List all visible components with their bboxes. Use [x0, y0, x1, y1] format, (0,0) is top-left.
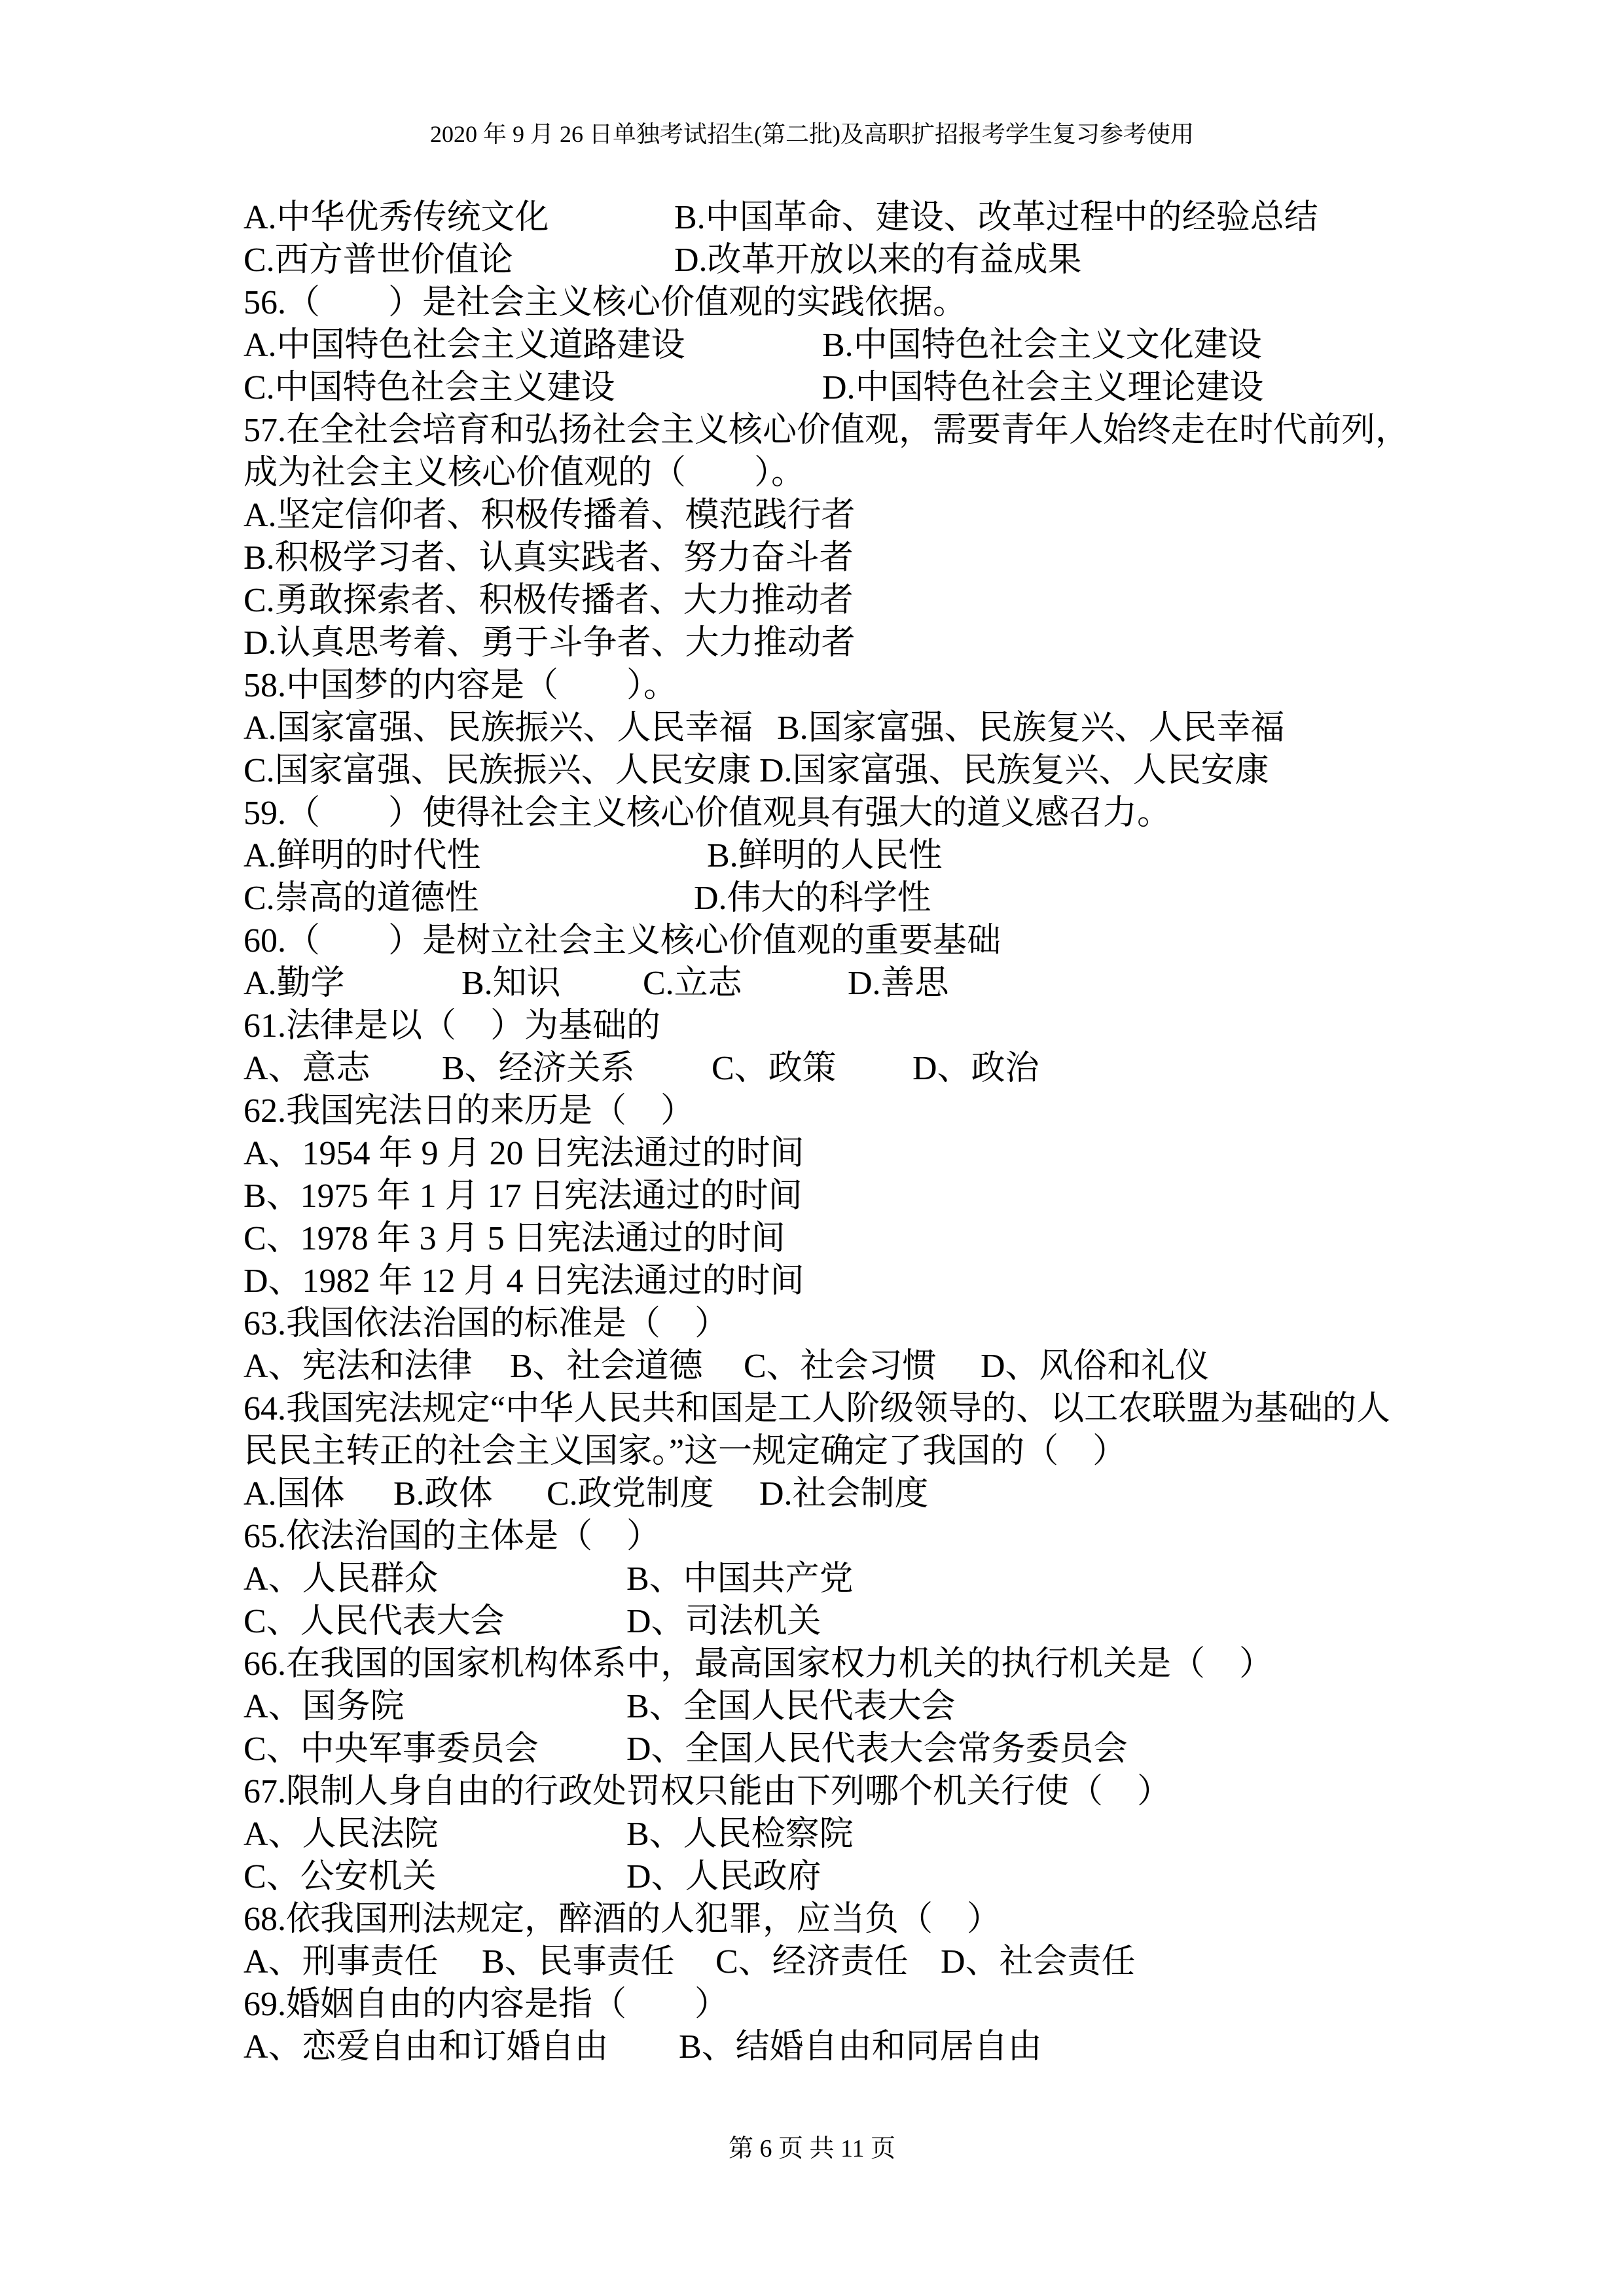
option-text: A、恋爱自由和订婚自由 [244, 2026, 609, 2068]
options-line: A、国务院B、全国人民代表大会 [244, 1685, 1422, 1728]
question-text: 59.（ ）使得社会主义核心价值观具有强大的道义感召力。 [244, 792, 1171, 834]
option-text: D、政治 [912, 1047, 1039, 1090]
options-line: A.中华优秀传统文化B.中国革命、建设、改革过程中的经验总结 [244, 196, 1422, 239]
option-text: D、社会责任 [941, 1941, 1136, 1983]
options-line: A、1954 年 9 月 20 日宪法通过的时间 [244, 1132, 1422, 1175]
question-text: 67.限制人身自由的行政处罚权只能由下列哪个机关行使（ ） [244, 1770, 1171, 1813]
question-continuation-text: 成为社会主义核心价值观的（ ）。 [244, 452, 805, 494]
option-text: A、刑事责任 [244, 1941, 439, 1983]
option-text: A.中国特色社会主义道路建设 [244, 324, 685, 367]
question-text: 69.婚姻自由的内容是指（ ） [244, 1983, 729, 2026]
question-line: 64.我国宪法规定“中华人民共和国是工人阶级领导的、以工农联盟为基础的人 [244, 1388, 1422, 1430]
options-line: D、1982 年 12 月 4 日宪法通过的时间 [244, 1260, 1422, 1302]
options-line: A、刑事责任B、民事责任C、经济责任D、社会责任 [244, 1941, 1422, 1983]
options-line: A.国家富强、民族振兴、人民幸福B.国家富强、民族复兴、人民幸福 [244, 707, 1422, 749]
page-number-footer: 第 6 页 共 11 页 [0, 2133, 1624, 2164]
option-text: B、民事责任 [482, 1941, 675, 1983]
options-line: C.国家富强、民族振兴、人民安康D.国家富强、民族复兴、人民安康 [244, 749, 1422, 792]
options-line: C.西方普世价值论D.改革开放以来的有益成果 [244, 239, 1422, 281]
question-line: 65.依法治国的主体是（ ） [244, 1515, 1422, 1558]
option-text: A、国务院 [244, 1685, 405, 1728]
document-body: A.中华优秀传统文化B.中国革命、建设、改革过程中的经验总结C.西方普世价值论D… [244, 196, 1422, 2068]
option-text: A、人民法院 [244, 1813, 439, 1856]
question-line: 66.在我国的国家机构体系中，最高国家权力机关的执行机关是（ ） [244, 1643, 1422, 1685]
options-line: A.坚定信仰者、积极传播着、模范践行者 [244, 494, 1422, 537]
option-text: B、社会道德 [510, 1345, 703, 1388]
option-text: A、意志 [244, 1047, 370, 1090]
question-line: 67.限制人身自由的行政处罚权只能由下列哪个机关行使（ ） [244, 1770, 1422, 1813]
option-text: D.善思 [848, 962, 949, 1005]
option-text: B、人民检察院 [626, 1813, 854, 1856]
option-text: A.坚定信仰者、积极传播着、模范践行者 [244, 494, 856, 537]
question-line: 63.我国依法治国的标准是（ ） [244, 1302, 1422, 1345]
option-text: C.政党制度 [547, 1473, 714, 1515]
option-text: C、经济责任 [715, 1941, 909, 1983]
option-text: C.西方普世价值论 [244, 239, 513, 281]
option-text: C、人民代表大会 [244, 1600, 505, 1643]
option-text: C.崇高的道德性 [244, 877, 479, 920]
option-text: B.国家富强、民族复兴、人民幸福 [777, 707, 1285, 749]
option-text: C、社会习惯 [744, 1345, 937, 1388]
option-text: A.中华优秀传统文化 [244, 196, 549, 239]
option-text: D、司法机关 [626, 1600, 821, 1643]
question-line: 68.依我国刑法规定，醉酒的人犯罪，应当负（ ） [244, 1898, 1422, 1941]
option-text: D.社会制度 [759, 1473, 929, 1515]
options-line: C、人民代表大会D、司法机关 [244, 1600, 1422, 1643]
option-text: C.立志 [643, 962, 742, 1005]
question-line: 57.在全社会培育和弘扬社会主义核心价值观，需要青年人始终走在时代前列， [244, 409, 1422, 452]
option-text: B、经济关系 [442, 1047, 635, 1090]
question-text: 66.在我国的国家机构体系中，最高国家权力机关的执行机关是（ ） [244, 1643, 1273, 1685]
options-line: C.中国特色社会主义建设D.中国特色社会主义理论建设 [244, 367, 1422, 409]
option-text: D.改革开放以来的有益成果 [674, 239, 1082, 281]
question-continuation-text: 民民主转正的社会主义国家。”这一规定确定了我国的（ ） [244, 1430, 1127, 1473]
options-line: A.鲜明的时代性B.鲜明的人民性 [244, 834, 1422, 877]
option-text: C.勇敢探索者、积极传播者、大力推动者 [244, 579, 854, 622]
options-line: A.勤学B.知识C.立志D.善思 [244, 962, 1422, 1005]
option-text: C、中央军事委员会 [244, 1728, 539, 1770]
options-line: D.认真思考着、勇于斗争者、大力推动者 [244, 622, 1422, 664]
option-text: B.中国革命、建设、改革过程中的经验总结 [674, 196, 1318, 239]
question-text: 61.法律是以（ ）为基础的 [244, 1005, 660, 1047]
continuation-line: 民民主转正的社会主义国家。”这一规定确定了我国的（ ） [244, 1430, 1422, 1473]
question-text: 60.（ ）是树立社会主义核心价值观的重要基础 [244, 920, 1001, 962]
option-text: D、人民政府 [626, 1856, 821, 1898]
exam-page: 2020 年 9 月 26 日单独考试招生(第二批)及高职扩招报考学生复习参考使… [0, 0, 1624, 2296]
option-text: B.知识 [461, 962, 561, 1005]
option-text: B、中国共产党 [626, 1558, 854, 1600]
question-line: 61.法律是以（ ）为基础的 [244, 1005, 1422, 1047]
question-text: 64.我国宪法规定“中华人民共和国是工人阶级领导的、以工农联盟为基础的人 [244, 1388, 1390, 1430]
option-text: A.国体 [244, 1473, 345, 1515]
option-text: B.中国特色社会主义文化建设 [822, 324, 1262, 367]
option-text: D、全国人民代表大会常务委员会 [626, 1728, 1128, 1770]
question-line: 69.婚姻自由的内容是指（ ） [244, 1983, 1422, 2026]
question-text: 57.在全社会培育和弘扬社会主义核心价值观，需要青年人始终走在时代前列， [244, 409, 1409, 452]
option-text: A、1954 年 9 月 20 日宪法通过的时间 [244, 1132, 804, 1175]
options-line: C.崇高的道德性D.伟大的科学性 [244, 877, 1422, 920]
question-line: 58.中国梦的内容是（ ）。 [244, 664, 1422, 707]
options-line: C、公安机关D、人民政府 [244, 1856, 1422, 1898]
option-text: A.国家富强、民族振兴、人民幸福 [244, 707, 753, 749]
options-line: C.勇敢探索者、积极传播者、大力推动者 [244, 579, 1422, 622]
options-line: C、1978 年 3 月 5 日宪法通过的时间 [244, 1217, 1422, 1260]
options-line: A、宪法和法律B、社会道德C、社会习惯D、风俗和礼仪 [244, 1345, 1422, 1388]
option-text: D、风俗和礼仪 [981, 1345, 1210, 1388]
options-line: A、人民群众B、中国共产党 [244, 1558, 1422, 1600]
options-line: A、意志B、经济关系C、政策D、政治 [244, 1047, 1422, 1090]
option-text: B.政体 [393, 1473, 493, 1515]
question-text: 65.依法治国的主体是（ ） [244, 1515, 660, 1558]
option-text: C.国家富强、民族振兴、人民安康 [244, 749, 751, 792]
options-line: A、人民法院B、人民检察院 [244, 1813, 1422, 1856]
option-text: B、1975 年 1 月 17 日宪法通过的时间 [244, 1175, 803, 1217]
option-text: B、结婚自由和同居自由 [679, 2026, 1042, 2068]
option-text: A、人民群众 [244, 1558, 439, 1600]
continuation-line: 成为社会主义核心价值观的（ ）。 [244, 452, 1422, 494]
question-text: 62.我国宪法日的来历是（ ） [244, 1090, 695, 1132]
option-text: C、政策 [712, 1047, 837, 1090]
page-header-title: 2020 年 9 月 26 日单独考试招生(第二批)及高职扩招报考学生复习参考使… [0, 121, 1624, 147]
question-text: 68.依我国刑法规定，醉酒的人犯罪，应当负（ ） [244, 1898, 1001, 1941]
question-line: 59.（ ）使得社会主义核心价值观具有强大的道义感召力。 [244, 792, 1422, 834]
option-text: D.伟大的科学性 [694, 877, 931, 920]
option-text: C.中国特色社会主义建设 [244, 367, 615, 409]
option-text: B.积极学习者、认真实践者、努力奋斗者 [244, 537, 854, 579]
option-text: D.国家富强、民族复兴、人民安康 [759, 749, 1269, 792]
options-line: A.国体B.政体C.政党制度D.社会制度 [244, 1473, 1422, 1515]
option-text: C、1978 年 3 月 5 日宪法通过的时间 [244, 1217, 785, 1260]
option-text: A、宪法和法律 [244, 1345, 473, 1388]
option-text: B.鲜明的人民性 [707, 834, 943, 877]
options-line: B.积极学习者、认真实践者、努力奋斗者 [244, 537, 1422, 579]
question-text: 58.中国梦的内容是（ ）。 [244, 664, 677, 707]
option-text: D.认真思考着、勇于斗争者、大力推动者 [244, 622, 856, 664]
question-text: 56.（ ）是社会主义核心价值观的实践依据。 [244, 281, 967, 324]
option-text: B、全国人民代表大会 [626, 1685, 956, 1728]
question-line: 62.我国宪法日的来历是（ ） [244, 1090, 1422, 1132]
options-line: A、恋爱自由和订婚自由B、结婚自由和同居自由 [244, 2026, 1422, 2068]
option-text: C、公安机关 [244, 1856, 437, 1898]
question-line: 60.（ ）是树立社会主义核心价值观的重要基础 [244, 920, 1422, 962]
options-line: B、1975 年 1 月 17 日宪法通过的时间 [244, 1175, 1422, 1217]
option-text: D.中国特色社会主义理论建设 [822, 367, 1264, 409]
question-text: 63.我国依法治国的标准是（ ） [244, 1302, 729, 1345]
question-line: 56.（ ）是社会主义核心价值观的实践依据。 [244, 281, 1422, 324]
option-text: D、1982 年 12 月 4 日宪法通过的时间 [244, 1260, 804, 1302]
option-text: A.勤学 [244, 962, 345, 1005]
options-line: A.中国特色社会主义道路建设B.中国特色社会主义文化建设 [244, 324, 1422, 367]
options-line: C、中央军事委员会D、全国人民代表大会常务委员会 [244, 1728, 1422, 1770]
option-text: A.鲜明的时代性 [244, 834, 481, 877]
